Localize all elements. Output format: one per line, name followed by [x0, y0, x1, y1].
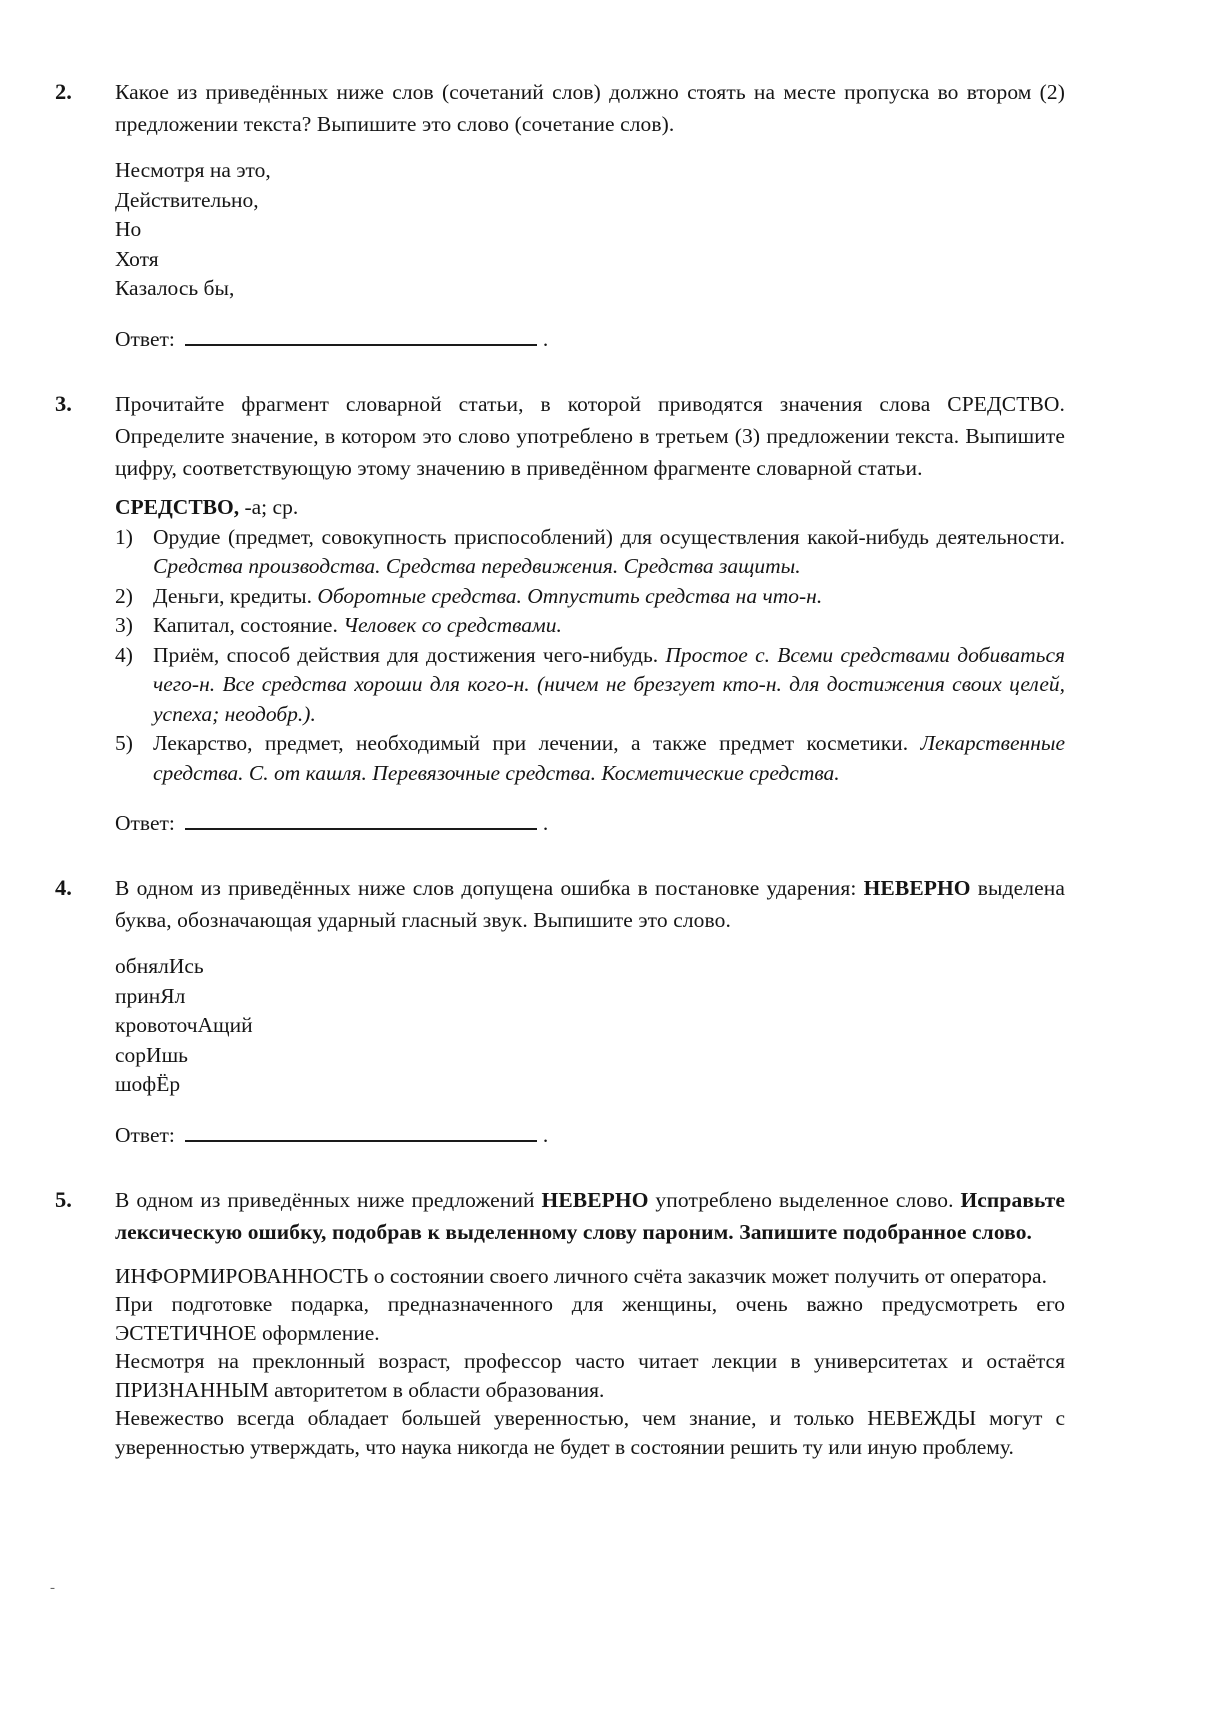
dictionary-item-number: 1) — [115, 523, 153, 582]
answer-blank — [185, 322, 537, 346]
question-4-body: В одном из приведённых ниже слов допущен… — [115, 872, 1065, 1150]
question-3-prompt: Прочитайте фрагмент словарной статьи, в … — [115, 388, 1065, 484]
dictionary-item-number: 3) — [115, 611, 153, 641]
dictionary-item-text: Лекарство, предмет, необходимый при лече… — [153, 729, 1065, 788]
dictionary-item: 2) Деньги, кредиты. Оборотные средства. … — [115, 582, 1065, 612]
answer-blank — [185, 806, 537, 830]
option: кровоточАщий — [115, 1011, 1065, 1041]
option: обнялИсь — [115, 952, 1065, 982]
answer-label: Ответ: — [115, 811, 175, 835]
question-5: 5. В одном из приведённых ниже предложен… — [55, 1184, 1216, 1462]
sentence: Невежество всегда обладает большей увере… — [115, 1404, 1065, 1461]
question-2-prompt: Какое из приведённых ниже слов (сочетани… — [115, 76, 1065, 140]
sentence: Несмотря на преклонный возраст, профессо… — [115, 1347, 1065, 1404]
option: Хотя — [115, 245, 1065, 275]
option: Действительно, — [115, 186, 1065, 216]
emphasized-word: НЕВЕРНО — [542, 1188, 649, 1212]
question-5-body: В одном из приведённых ниже предложений … — [115, 1184, 1065, 1462]
answer-line: Ответ:. — [115, 806, 1065, 838]
option: шофЁр — [115, 1070, 1065, 1100]
question-5-sentences: ИНФОРМИРОВАННОСТЬ о состоянии своего лич… — [115, 1262, 1065, 1462]
question-5-number: 5. — [55, 1184, 115, 1462]
dictionary-headword-line: СРЕДСТВО, -а; ср. — [115, 492, 1065, 523]
answer-period: . — [543, 1123, 548, 1147]
dictionary-grammar: -а; ср. — [239, 495, 298, 519]
question-2-number: 2. — [55, 76, 115, 354]
answer-label: Ответ: — [115, 1123, 175, 1147]
question-4-options: обнялИсь принЯл кровоточАщий сорИшь шофЁ… — [115, 952, 1065, 1100]
dictionary-item: 5) Лекарство, предмет, необходимый при л… — [115, 729, 1065, 788]
dictionary-item-number: 4) — [115, 641, 153, 730]
question-5-prompt: В одном из приведённых ниже предложений … — [115, 1184, 1065, 1248]
question-2: 2. Какое из приведённых ниже слов (сочет… — [55, 76, 1216, 354]
option: Несмотря на это, — [115, 156, 1065, 186]
answer-blank — [185, 1118, 537, 1142]
option: Казалось бы, — [115, 274, 1065, 304]
dictionary-item-examples: Средства производства. Средства передвиж… — [153, 554, 801, 578]
dictionary-item-text: Орудие (предмет, совокупность приспособл… — [153, 523, 1065, 582]
option: сорИшь — [115, 1041, 1065, 1071]
dictionary-item-text: Капитал, состояние. Человек со средствам… — [153, 611, 1065, 641]
answer-label: Ответ: — [115, 327, 175, 351]
dictionary-item: 3) Капитал, состояние. Человек со средст… — [115, 611, 1065, 641]
dictionary-item-text: Деньги, кредиты. Оборотные средства. Отп… — [153, 582, 1065, 612]
dictionary-item-examples: Человек со средствами. — [343, 613, 562, 637]
question-2-options: Несмотря на это, Действительно, Но Хотя … — [115, 156, 1065, 304]
question-4-prompt: В одном из приведённых ниже слов допущен… — [115, 872, 1065, 936]
emphasized-word: НЕВЕРНО — [864, 876, 971, 900]
question-3-body: Прочитайте фрагмент словарной статьи, в … — [115, 388, 1065, 839]
option: принЯл — [115, 982, 1065, 1012]
question-3-number: 3. — [55, 388, 115, 839]
sentence: При подготовке подарка, предназначенного… — [115, 1290, 1065, 1347]
answer-line: Ответ:. — [115, 322, 1065, 354]
dictionary-headword: СРЕДСТВО, — [115, 495, 239, 519]
dictionary-item-text: Приём, способ действия для достижения че… — [153, 641, 1065, 730]
dictionary-item-number: 2) — [115, 582, 153, 612]
dictionary-item-examples: Оборотные средства. Отпустить средства н… — [317, 584, 822, 608]
dictionary-item-number: 5) — [115, 729, 153, 788]
question-4-number: 4. — [55, 872, 115, 1150]
option: Но — [115, 215, 1065, 245]
question-2-body: Какое из приведённых ниже слов (сочетани… — [115, 76, 1065, 354]
answer-period: . — [543, 327, 548, 351]
question-4: 4. В одном из приведённых ниже слов допу… — [55, 872, 1216, 1150]
answer-line: Ответ:. — [115, 1118, 1065, 1150]
exam-page: 2. Какое из приведённых ниже слов (сочет… — [0, 0, 1216, 1712]
sentence: ИНФОРМИРОВАННОСТЬ о состоянии своего лич… — [115, 1262, 1065, 1291]
answer-period: . — [543, 811, 548, 835]
dictionary-item: 1) Орудие (предмет, совокупность приспос… — [115, 523, 1065, 582]
scan-stray-mark: - — [50, 1580, 55, 1597]
dictionary-item: 4) Приём, способ действия для достижения… — [115, 641, 1065, 730]
question-3: 3. Прочитайте фрагмент словарной статьи,… — [55, 388, 1216, 839]
